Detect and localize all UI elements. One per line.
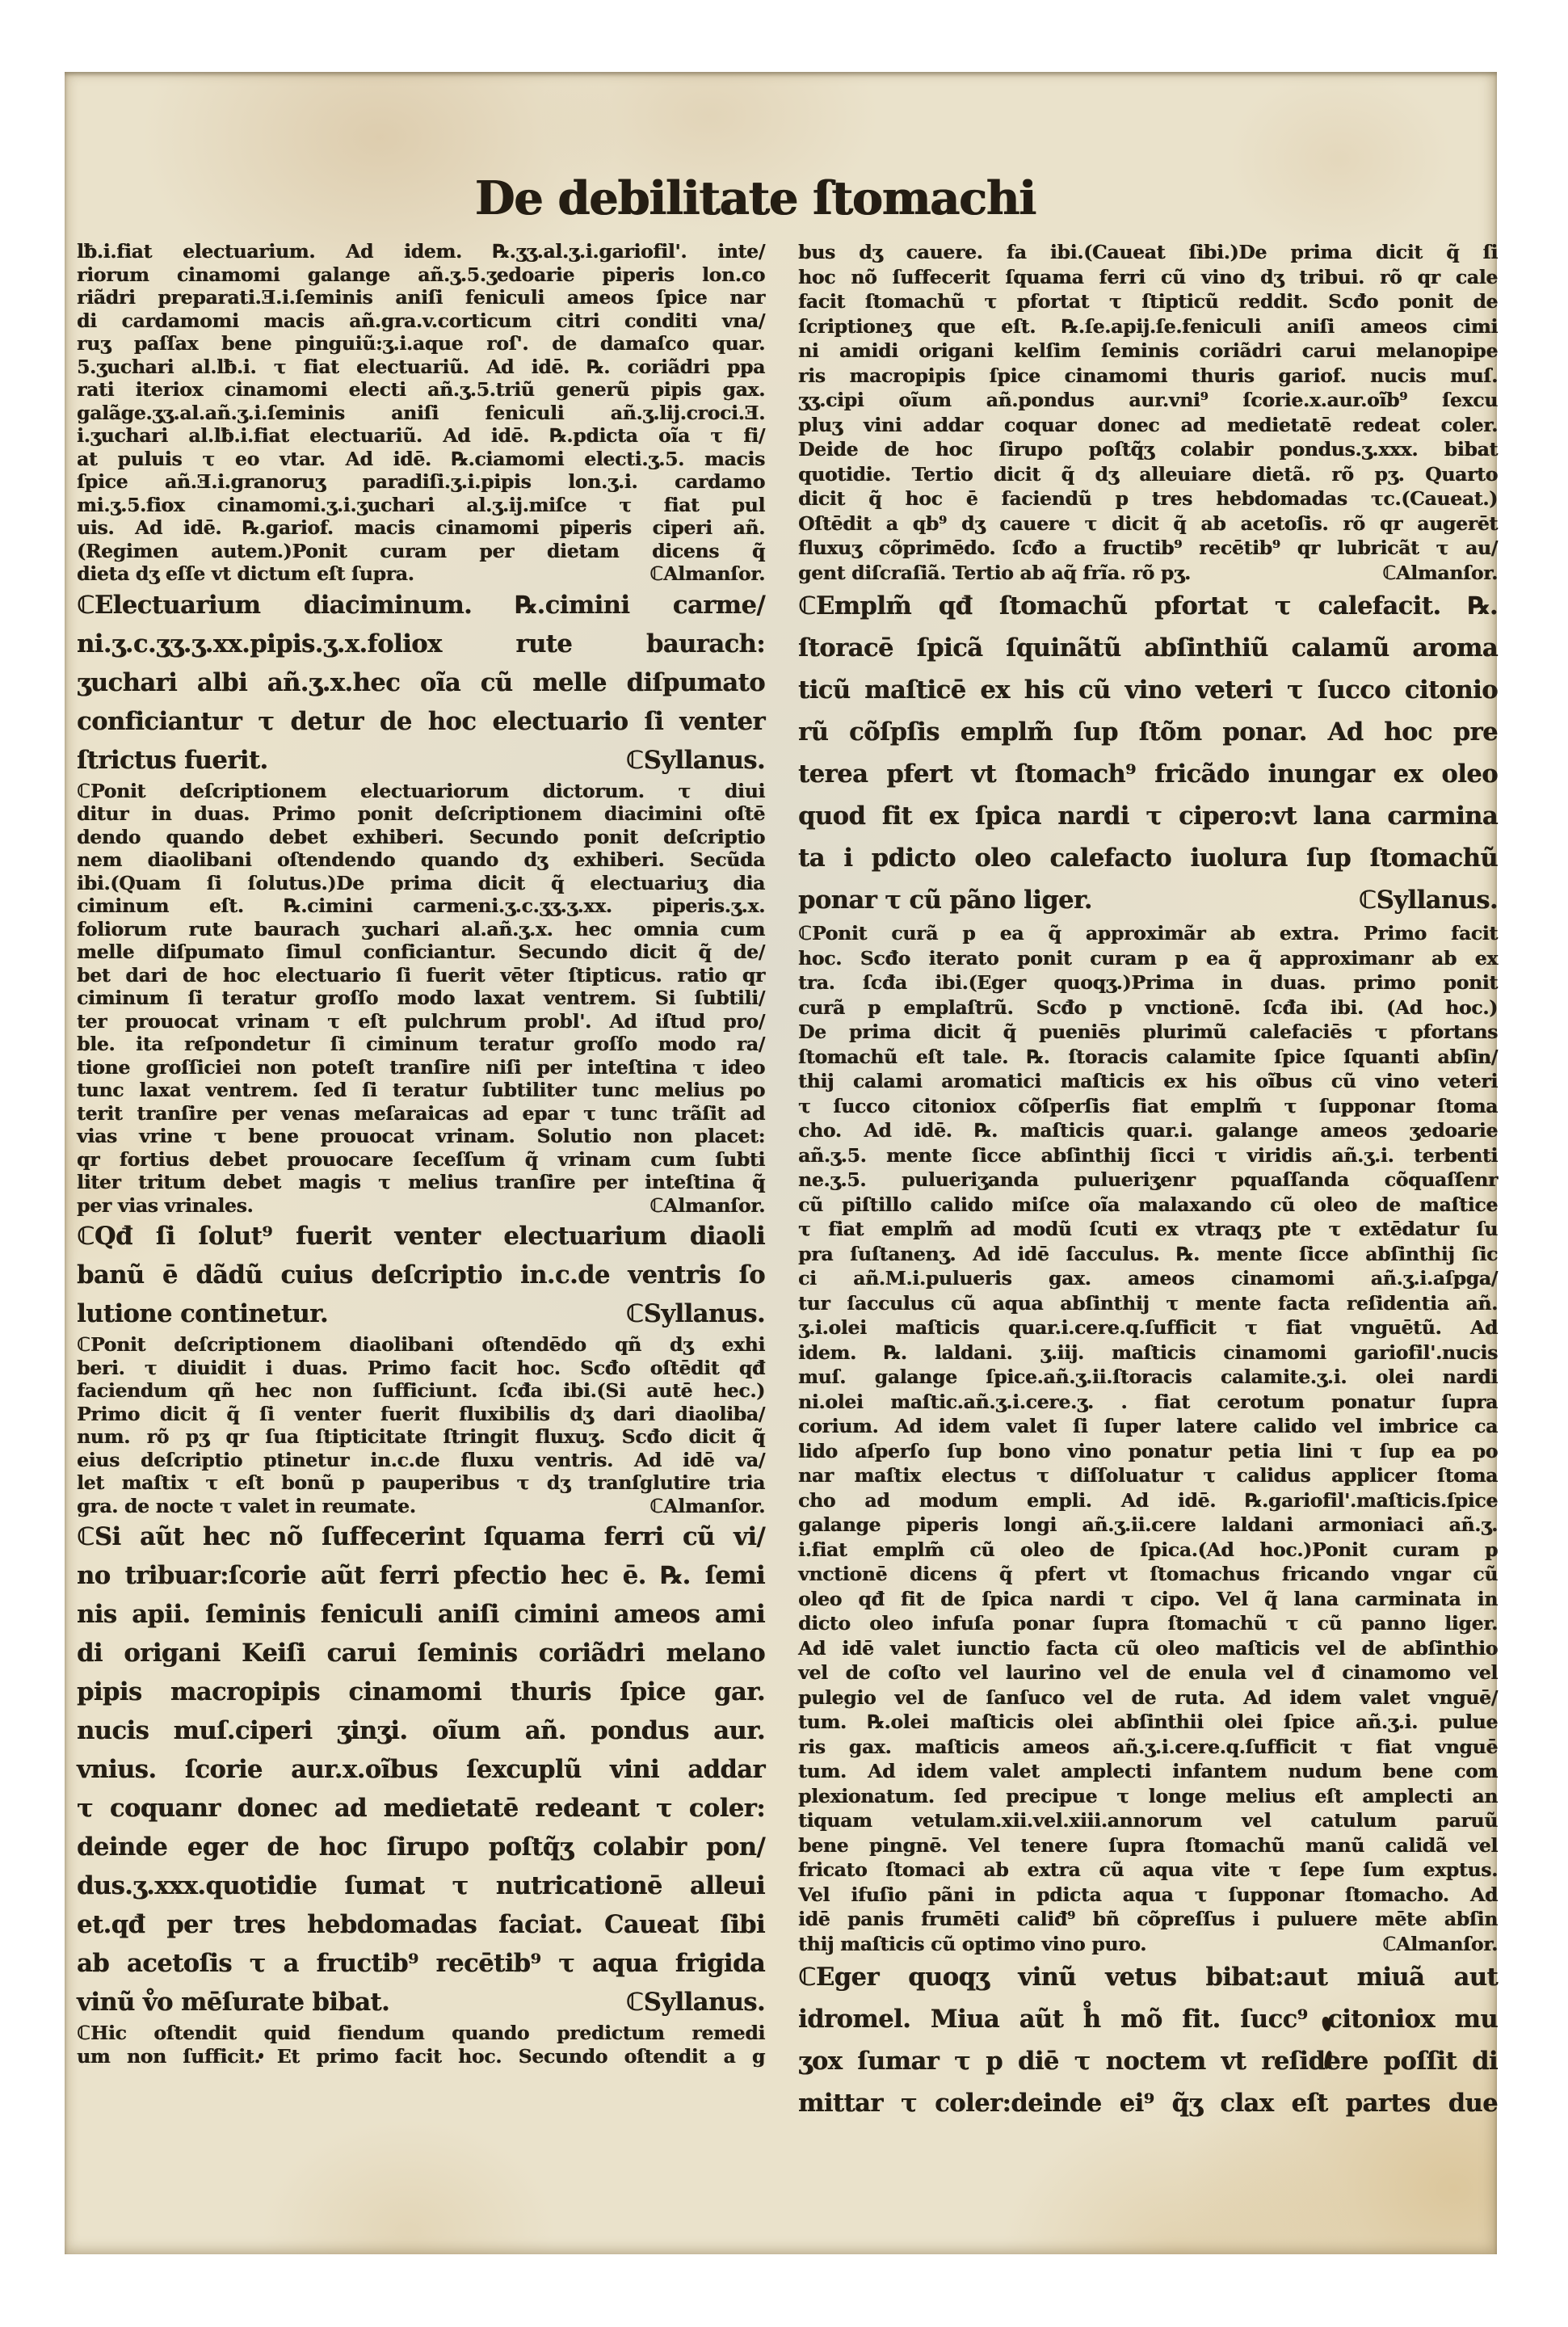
text-line: nis apii. ſeminis feniculi aniſi cimini … (77, 1595, 765, 1634)
text-line: ſtrictus fuerit.ℂSyllanus. (77, 741, 765, 780)
text-line: τ coquanr donec ad medietatē redeant τ c… (77, 1789, 765, 1828)
line-text: qr fortius debet prouocare ſeceſſum q̃ v… (77, 1148, 765, 1171)
text-line: um non ſufficit. Et primo facit hoc. Sec… (77, 2045, 765, 2068)
line-text: ſcriptioneʒ que eſt. ℞.ſe.apij.ſe.fenicu… (798, 315, 1498, 338)
line-text: ditur in duas. Primo ponit deſcriptionem… (77, 802, 765, 825)
line-text: hoc nõ ſuffecerit ſquama ferri cũ vino d… (798, 266, 1498, 288)
text-line: mi.ʒ.5.fiox cinamomi.ʒ.i.ʒuchari al.ʒ.ij… (77, 494, 765, 517)
line-text: liter tritum debet magis τ melius tranſi… (77, 1171, 765, 1193)
line-text: ſtoracē ſpicã ſquinãtũ abſinthiũ calamũ … (798, 633, 1498, 663)
line-text: faciendum qñ hec non ſufficiunt. ſcđa ib… (77, 1379, 765, 1402)
line-text: hoc. Scđo iterato ponit curam p ea q̃ ap… (798, 947, 1498, 970)
text-line: ponar τ cũ pãno liger.ℂSyllanus. (798, 879, 1498, 921)
line-text: ℂSi aũt hec nõ ſuffecerint ſquama ferri … (77, 1522, 765, 1551)
line-text: tunc laxat ventrem. ſed ſi teratur ſubti… (77, 1079, 765, 1101)
text-line: ab acetoſis τ a fructib⁹ recētib⁹ τ aqua… (77, 1944, 765, 1983)
text-line: ʒ.i.olei maſticis quar.i.cere.q.ſufficit… (798, 1315, 1498, 1340)
line-text: nar maſtix electus τ diſſoluatur τ calid… (798, 1464, 1498, 1487)
text-line: lido aſperſo ſup bono vino ponatur petia… (798, 1439, 1498, 1464)
text-line: ſtoracē ſpicã ſquinãtũ abſinthiũ calamũ … (798, 627, 1498, 669)
line-text: pluʒ vini addar coquar donec ad medietat… (798, 414, 1498, 436)
line-text: dicto oleo infuſa ponar ſupra ſtomachũ τ… (798, 1612, 1498, 1635)
text-line: τ ſucco citoniox cõſperſis fiat emplm̃ τ… (798, 1094, 1498, 1119)
line-text: oleo qđ fit de ſpica nardi τ cipo. Vel q… (798, 1588, 1498, 1610)
line-text: idem. ℞. laldani. ʒ.iij. maſticis cinamo… (798, 1341, 1498, 1364)
line-text: mi.ʒ.5.fiox cinamomi.ʒ.i.ʒuchari al.ʒ.ij… (77, 494, 765, 516)
line-text: lido aſperſo ſup bono vino ponatur petia… (798, 1440, 1498, 1462)
text-line: tur ſacculus cũ aqua abſinthij τ mente f… (798, 1291, 1498, 1316)
line-text: cũ piſtillo calido miſce oĩa malaxando c… (798, 1193, 1498, 1216)
line-text: idromel. Miua aũt h̊ mõ fit. ſucc⁹ citon… (798, 2005, 1498, 2034)
line-text: ni amidi origani kelſim ſeminis coriãdri… (798, 339, 1498, 362)
line-text: curã p emplaſtrũ. Scđo p vnctionē. ſcđa … (798, 996, 1498, 1019)
line-text: Oſtēdit a qb⁹ dʒ cauere τ dicit q̃ ab ac… (798, 512, 1498, 535)
text-line: lutione continetur.ℂSyllanus. (77, 1294, 765, 1333)
line-text: Primo dicit q̃ ſi venter fuerit fluxibil… (77, 1403, 765, 1425)
text-line: ſtomachũ eſt tale. ℞. ſtoracis calamite … (798, 1045, 1498, 1070)
text-line: vnius. ſcorie aur.x.oĩbus ſexcuplũ vini … (77, 1750, 765, 1789)
line-text: galange piperis longi añ.ʒ.ii.cere lalda… (798, 1513, 1498, 1536)
attribution-label: ℂAlmanſor. (649, 1194, 765, 1218)
line-text: De prima dicit q̃ pueniēs plurimũ calefa… (798, 1020, 1498, 1043)
text-line: ditur in duas. Primo ponit deſcriptionem… (77, 802, 765, 826)
line-text: melle diſpumato ſimul conficiantur. Secu… (77, 940, 765, 963)
text-line: hoc. Scđo iterato ponit curam p ea q̃ ap… (798, 946, 1498, 971)
left-column: lƀ.i.fiat electuarium. Ad idem. ℞.ʒʒ.al.… (77, 240, 765, 2068)
line-text: idē panis frumēti caliđ⁹ bñ cõpreſſus i … (798, 1908, 1498, 1930)
text-line: pipis macropipis cinamomi thuris ſpice g… (77, 1673, 765, 1711)
line-text: Ad idē valet iunctio facta cũ oleo maſti… (798, 1637, 1498, 1660)
line-text: ʒʒ.cipi oĩum añ.pondus aur.vni⁹ ſcorie.x… (798, 389, 1498, 411)
line-text: ni.ʒ.c.ʒʒ.ʒ.xx.pipis.ʒ.x.foliox rute bau… (77, 629, 765, 659)
text-line: cũ piſtillo calido miſce oĩa malaxando c… (798, 1193, 1498, 1218)
text-line: tum. ℞.olei maſticis olei abſinthii olei… (798, 1710, 1498, 1735)
text-line: ℂEger quoqʒ vinũ vetus bibat:aut miuã au… (798, 1956, 1498, 1998)
text-line: uis. Ad idē. ℞.gariof. macis cinamomi pi… (77, 516, 765, 540)
text-line: let maſtix τ eſt bonũ p pauperibus τ dʒ … (77, 1471, 765, 1495)
text-line: ℂPonit deſcriptionem electuariorum dicto… (77, 780, 765, 803)
text-line: dus.ʒ.xxx.quotidie ſumat τ nutricationē … (77, 1866, 765, 1905)
line-text: ℂPonit deſcriptionem diaolibani oſtendēd… (77, 1333, 765, 1356)
text-line: curã p emplaſtrũ. Scđo p vnctionē. ſcđa … (798, 995, 1498, 1020)
text-line: ter prouocat vrinam τ eſt pulchrum probl… (77, 1010, 765, 1033)
text-line: vias vrine τ bene prouocat vrinam. Solut… (77, 1125, 765, 1148)
text-line: eius deſcriptio ptinetur in.c.de fluxu v… (77, 1449, 765, 1472)
text-line: ni.olei maſtic.añ.ʒ.i.cere.ʒ. . fiat cer… (798, 1390, 1498, 1415)
line-text: ci añ.M.i.pulueris gax. ameos cinamomi a… (798, 1267, 1498, 1290)
line-text: num. rõ pʒ qr ſua ſtipticitate ſtringit … (77, 1425, 765, 1448)
line-text: ibi.(Quam ſi ſolutus.)De prima dicit q̃ … (77, 872, 765, 894)
text-line: qr fortius debet prouocare ſeceſſum q̃ v… (77, 1148, 765, 1172)
line-text: ticũ maſticē ex his cũ vino veteri τ ſuc… (798, 675, 1498, 705)
line-text: ℂPonit curã p ea q̃ approximãr ab extra.… (798, 922, 1498, 945)
text-line: banũ ē dãdũ cuius deſcriptio in.c.de ven… (77, 1256, 765, 1294)
text-line: gent diſcraſiã. Tertio ab aq̃ frĩa. rõ p… (798, 561, 1498, 586)
line-text: 5.ʒuchari al.lƀ.i. τ fiat electuariũ. Ad… (77, 356, 765, 378)
text-line: ris macropipis ſpice cinamomi thuris gar… (798, 364, 1498, 389)
line-text: ℂPonit deſcriptionem electuariorum dicto… (77, 780, 765, 802)
text-line: idē panis frumēti caliđ⁹ bñ cõpreſſus i … (798, 1907, 1498, 1932)
text-line: Vel ifuſio pãni in pdicta aqua τ ſuppona… (798, 1883, 1498, 1908)
line-text: tra. ſcđa ibi.(Eger quoqʒ.)Prima in duas… (798, 971, 1498, 994)
line-text: dendo quando debet exhiberi. Secundo pon… (77, 826, 765, 848)
line-text: lƀ.i.fiat electuarium. Ad idem. ℞.ʒʒ.al.… (77, 240, 765, 263)
text-line: ne.ʒ.5. pulueriʒanda pulueriʒenr pquaſſa… (798, 1168, 1498, 1193)
line-text: thij calami aromatici maſticis ex his oĩ… (798, 1070, 1498, 1092)
line-text: ʒuchari albi añ.ʒ.x.hec oĩa cũ melle diſ… (77, 668, 765, 697)
line-text: facit ſtomachũ τ pfortat τ ſtipticũ redd… (798, 290, 1498, 313)
text-line: dendo quando debet exhiberi. Secundo pon… (77, 826, 765, 849)
line-text: ſtrictus fuerit. (77, 741, 268, 780)
line-text: rũ cõſpſis emplm̃ ſup ſtõm ponar. Ad hoc… (798, 717, 1498, 747)
line-text: ciminum eſt. ℞.cimini carmeni.ʒ.c.ʒʒ.ʒ.x… (77, 894, 765, 917)
line-text: muſ. galange ſpice.añ.ʒ.ii.ſtoracis cala… (798, 1365, 1498, 1388)
text-line: ci añ.M.i.pulueris gax. ameos cinamomi a… (798, 1266, 1498, 1291)
text-line: vel de coſto vel laurino vel de enula ve… (798, 1660, 1498, 1685)
line-text: ℂEmplm̃ qđ ſtomachũ pfortat τ calefacit.… (798, 591, 1498, 621)
text-line: i.fiat emplm̃ cũ oleo de ſpica.(Ad hoc.)… (798, 1538, 1498, 1563)
line-text: τ fiat emplm̃ ad modũ ſcuti ex vtraqʒ pt… (798, 1218, 1498, 1240)
line-text: ciminum ſi teratur groſſo modo laxat ven… (77, 987, 765, 1009)
text-line: fluxuʒ cõprimēdo. ſcđo a fructib⁹ recēti… (798, 536, 1498, 561)
text-line: galãge.ʒʒ.al.añ.ʒ.i.ſeminis aniſi fenicu… (77, 402, 765, 425)
text-line: idromel. Miua aũt h̊ mõ fit. ſucc⁹ citon… (798, 1998, 1498, 2040)
text-line: pulegio vel de ſanſuco vel de ruta. Ad i… (798, 1685, 1498, 1711)
text-line: galange piperis longi añ.ʒ.ii.cere lalda… (798, 1513, 1498, 1538)
line-text: cho ad modum empli. Ad idē. ℞.gariofil'.… (798, 1489, 1498, 1512)
line-text: ſpice añ.Ǝ.i.granoruʒ paradiſi.ʒ.i.pipis… (77, 470, 765, 493)
line-text: uis. Ad idē. ℞.gariof. macis cinamomi pi… (77, 516, 765, 539)
line-text: Deide de hoc ſirupo poſtq̃ʒ colabir pond… (798, 438, 1498, 461)
text-line: dieta dʒ eſſe vt dictum eſt ſupra.ℂAlman… (77, 562, 765, 586)
text-line: per vias vrinales.ℂAlmanſor. (77, 1194, 765, 1218)
line-text: bet dari de hoc electuario ſi fuerit vēt… (77, 964, 765, 987)
text-line: ibi.(Quam ſi ſolutus.)De prima dicit q̃ … (77, 872, 765, 895)
line-text: nucis muſ.ciperi ʒinʒi. oĩum añ. pondus … (77, 1716, 765, 1745)
text-line: tiquam vetulam.xii.vel.xiii.annorum vel … (798, 1808, 1498, 1833)
text-line: riãdri preparati.Ǝ.i.ſeminis aniſi fenic… (77, 286, 765, 309)
text-line: pra ſuſtanenʒ. Ad idē ſacculus. ℞. mente… (798, 1242, 1498, 1267)
line-text: bene pingnē. Vel tenere ſupra ſtomachũ m… (798, 1834, 1498, 1857)
right-column: bus dʒ cauere. fa ibi.(Caueat ſibi.)De p… (798, 240, 1498, 2124)
line-text: i.fiat emplm̃ cũ oleo de ſpica.(Ad hoc.)… (798, 1538, 1498, 1561)
text-line: ticũ maſticē ex his cũ vino veteri τ ſuc… (798, 669, 1498, 711)
line-text: ta i pdicto oleo calefacto iuolura ſup ſ… (798, 844, 1498, 873)
line-text: añ.ʒ.5. mente ſicce abſinthij ſicci τ vi… (798, 1144, 1498, 1167)
line-text: Vel ifuſio pãni in pdicta aqua τ ſuppona… (798, 1883, 1498, 1906)
line-text: vel de coſto vel laurino vel de enula ve… (798, 1661, 1498, 1684)
line-text: vias vrine τ bene prouocat vrinam. Solut… (77, 1125, 765, 1147)
text-line: i.ʒuchari al.lƀ.i.fiat electuariũ. Ad id… (77, 424, 765, 448)
text-line: De prima dicit q̃ pueniēs plurimũ calefa… (798, 1020, 1498, 1045)
line-text: di cardamomi macis añ.gra.v.corticum cit… (77, 309, 765, 332)
line-text: ter prouocat vrinam τ eſt pulchrum probl… (77, 1010, 765, 1033)
text-line: oleo qđ fit de ſpica nardi τ cipo. Vel q… (798, 1587, 1498, 1612)
line-text: i.ʒuchari al.lƀ.i.fiat electuariũ. Ad id… (77, 424, 765, 447)
attribution-label: ℂSyllanus. (626, 741, 765, 780)
text-line: ℂQđ ſi ſolut⁹ fuerit venter electuarium … (77, 1217, 765, 1256)
text-line: ſpice añ.Ǝ.i.granoruʒ paradiſi.ʒ.i.pipis… (77, 470, 765, 494)
line-text: rati iteriox cinamomi electi añ.ʒ.5.triũ… (77, 378, 765, 401)
text-line: vinũ v̊o mēſurate bibat.ℂSyllanus. (77, 1983, 765, 2022)
line-text: beri. τ diuidit i duas. Primo facit hoc.… (77, 1357, 765, 1379)
line-text: vnctionē dicens q̃ pfert vt ſtomachus fr… (798, 1563, 1498, 1585)
text-line: nar maſtix electus τ diſſoluatur τ calid… (798, 1463, 1498, 1488)
text-line: quotidie. Tertio dicit q̃ dʒ alleuiare d… (798, 462, 1498, 487)
line-text: vinũ v̊o mēſurate bibat. (77, 1983, 389, 2022)
line-text: ʒ.i.olei maſticis quar.i.cere.q.ſufficit… (798, 1316, 1498, 1339)
text-line: ℂEmplm̃ qđ ſtomachũ pfortat τ calefacit.… (798, 585, 1498, 627)
line-text: banũ ē dãdũ cuius deſcriptio in.c.de ven… (77, 1260, 765, 1290)
line-text: ble. ita reſpondetur ſi ciminum teratur … (77, 1033, 765, 1055)
line-text: gra. de nocte τ valet in reumate. (77, 1495, 416, 1518)
text-line: pluʒ vini addar coquar donec ad medietat… (798, 413, 1498, 438)
line-text: conficiantur τ detur de hoc electuario ſ… (77, 707, 765, 736)
text-line: ʒuchari albi añ.ʒ.x.hec oĩa cũ melle diſ… (77, 663, 765, 702)
text-line: dicto oleo infuſa ponar ſupra ſtomachũ τ… (798, 1611, 1498, 1636)
text-line: terea pfert vt ſtomach⁹ fricãdo inungar … (798, 753, 1498, 795)
line-text: let maſtix τ eſt bonũ p pauperibus τ dʒ … (77, 1471, 765, 1494)
line-text: ſtomachũ eſt tale. ℞. ſtoracis calamite … (798, 1046, 1498, 1068)
line-text: ris macropipis ſpice cinamomi thuris gar… (798, 364, 1498, 387)
line-text: fluxuʒ cõprimēdo. ſcđo a fructib⁹ recēti… (798, 537, 1498, 559)
line-text: plexionatum. ſed precipue τ longe melius… (798, 1785, 1498, 1807)
text-line: num. rõ pʒ qr ſua ſtipticitate ſtringit … (77, 1425, 765, 1449)
text-line: bus dʒ cauere. fa ibi.(Caueat ſibi.)De p… (798, 240, 1498, 265)
line-text: cho. Ad idē. ℞. maſticis quar.i. galange… (798, 1119, 1498, 1142)
scanned-book-page: { "header": { "title": "De debilitate ſt… (0, 0, 1568, 2327)
attribution-label: ℂSyllanus. (626, 1983, 765, 2022)
text-line: ℂPonit deſcriptionem diaolibani oſtendēd… (77, 1333, 765, 1357)
text-line: (Regimen autem.)Ponit curam per dietam d… (77, 540, 765, 563)
text-line: at puluis τ eo vtar. Ad idē. ℞.ciamomi e… (77, 448, 765, 471)
line-text: nis apii. ſeminis feniculi aniſi cimini … (77, 1600, 765, 1629)
text-line: añ.ʒ.5. mente ſicce abſinthij ſicci τ vi… (798, 1143, 1498, 1168)
line-text: tione groſſiciei non poteſt tranſire niſ… (77, 1056, 765, 1079)
line-text: no tribuar:ſcorie aũt ferri pfectio hec … (77, 1561, 765, 1590)
line-text: riorum cinamomi galange añ.ʒ.5.ʒedoarie … (77, 263, 765, 286)
line-text: um non ſufficit. Et primo facit hoc. Sec… (77, 2045, 765, 2068)
line-text: terit tranſire per venas meſaraicas ad e… (77, 1102, 765, 1125)
line-text: ℂHic oſtendit quid fiendum quando predic… (77, 2022, 765, 2044)
text-line: Oſtēdit a qb⁹ dʒ cauere τ dicit q̃ ab ac… (798, 511, 1498, 537)
text-line: fricato ſtomaci ab extra cũ aqua vite τ … (798, 1858, 1498, 1883)
text-line: rũ cõſpſis emplm̃ ſup ſtõm ponar. Ad hoc… (798, 711, 1498, 753)
line-text: ris gax. maſticis ameos añ.ʒ.i.cere.q.ſu… (798, 1736, 1498, 1758)
text-line: terit tranſire per venas meſaraicas ad e… (77, 1102, 765, 1126)
line-text: quod fit ex ſpica nardi τ cipero:vt lana… (798, 802, 1498, 831)
text-line: 5.ʒuchari al.lƀ.i. τ fiat electuariũ. Ad… (77, 356, 765, 379)
text-line: cho ad modum empli. Ad idē. ℞.gariofil'.… (798, 1488, 1498, 1513)
text-line: ni amidi origani kelſim ſeminis coriãdri… (798, 339, 1498, 364)
text-line: bene pingnē. Vel tenere ſupra ſtomachũ m… (798, 1833, 1498, 1858)
line-text: terea pfert vt ſtomach⁹ fricãdo inungar … (798, 760, 1498, 789)
text-line: ʒʒ.cipi oĩum añ.pondus aur.vni⁹ ſcorie.x… (798, 388, 1498, 413)
text-line: deinde eger de hoc ſirupo poſtq̃ʒ colabi… (77, 1828, 765, 1866)
text-line: ni.ʒ.c.ʒʒ.ʒ.xx.pipis.ʒ.x.foliox rute bau… (77, 625, 765, 663)
line-text: tum. Ad idem valet amplecti infantem nud… (798, 1760, 1498, 1782)
line-text: corium. Ad idem valet ſi ſuper latere ca… (798, 1415, 1498, 1437)
line-text: per vias vrinales. (77, 1194, 253, 1218)
text-line: thij maſticis cũ optimo vino puro.ℂAlman… (798, 1932, 1498, 1957)
line-text: tur ſacculus cũ aqua abſinthij τ mente f… (798, 1292, 1498, 1315)
text-line: et.qđ per tres hebdomadas faciat. Caueat… (77, 1905, 765, 1944)
text-line: muſ. galange ſpice.añ.ʒ.ii.ſtoracis cala… (798, 1365, 1498, 1390)
text-line: conficiantur τ detur de hoc electuario ſ… (77, 702, 765, 741)
line-text: thij maſticis cũ optimo vino puro. (798, 1932, 1146, 1957)
text-line: di cardamomi macis añ.gra.v.corticum cit… (77, 309, 765, 333)
line-text: ℂEger quoqʒ vinũ vetus bibat:aut miuã au… (798, 1963, 1498, 1992)
text-line: idem. ℞. laldani. ʒ.iij. maſticis cinamo… (798, 1340, 1498, 1365)
text-line: corium. Ad idem valet ſi ſuper latere ca… (798, 1414, 1498, 1439)
text-line: quod fit ex ſpica nardi τ cipero:vt lana… (798, 795, 1498, 837)
text-line: tum. Ad idem valet amplecti infantem nud… (798, 1759, 1498, 1784)
line-text: nem diaolibani oſtendendo quando dʒ exhi… (77, 848, 765, 871)
text-line: dicit q̃ hoc ē faciendũ p tres hebdomada… (798, 486, 1498, 511)
text-line: nucis muſ.ciperi ʒinʒi. oĩum añ. pondus … (77, 1711, 765, 1750)
text-line: ris gax. maſticis ameos añ.ʒ.i.cere.q.ſu… (798, 1735, 1498, 1760)
text-line: nem diaolibani oſtendendo quando dʒ exhi… (77, 848, 765, 872)
text-line: tra. ſcđa ibi.(Eger quoqʒ.)Prima in duas… (798, 970, 1498, 995)
line-text: ℂQđ ſi ſolut⁹ fuerit venter electuarium … (77, 1222, 765, 1251)
text-line: foliorum rute baurach ʒuchari al.añ.ʒ.x.… (77, 918, 765, 941)
text-line: plexionatum. ſed precipue τ longe melius… (798, 1784, 1498, 1809)
line-text: quotidie. Tertio dicit q̃ dʒ alleuiare d… (798, 463, 1498, 486)
text-line: τ fiat emplm̃ ad modũ ſcuti ex vtraqʒ pt… (798, 1217, 1498, 1242)
line-text: τ coquanr donec ad medietatē redeant τ c… (77, 1794, 765, 1823)
line-text: tiquam vetulam.xii.vel.xiii.annorum vel … (798, 1809, 1498, 1832)
text-line: ſcriptioneʒ que eſt. ℞.ſe.apij.ſe.fenicu… (798, 314, 1498, 339)
text-line: no tribuar:ſcorie aũt ferri pfectio hec … (77, 1556, 765, 1595)
line-text: pra ſuſtanenʒ. Ad idē ſacculus. ℞. mente… (798, 1243, 1498, 1265)
line-text: at puluis τ eo vtar. Ad idē. ℞.ciamomi e… (77, 448, 765, 470)
line-text: et.qđ per tres hebdomadas faciat. Caueat… (77, 1910, 765, 1939)
text-line: hoc nõ ſuffecerit ſquama ferri cũ vino d… (798, 265, 1498, 290)
line-text: ℂElectuarium diaciminum. ℞.cimini carme/ (77, 591, 765, 620)
line-text: vnius. ſcorie aur.x.oĩbus ſexcuplũ vini … (77, 1755, 765, 1784)
text-line: bet dari de hoc electuario ſi fuerit vēt… (77, 964, 765, 987)
line-text: pulegio vel de ſanſuco vel de ruta. Ad i… (798, 1686, 1498, 1709)
text-line: ℂHic oſtendit quid fiendum quando predic… (77, 2022, 765, 2045)
line-text: mittar τ coler:deinde ei⁹ q̃ʒ clax eſt p… (798, 2089, 1498, 2118)
text-line: mittar τ coler:deinde ei⁹ q̃ʒ clax eſt p… (798, 2082, 1498, 2124)
text-line: melle diſpumato ſimul conficiantur. Secu… (77, 940, 765, 964)
text-line: Primo dicit q̃ ſi venter fuerit fluxibil… (77, 1403, 765, 1426)
text-line: thij calami aromatici maſticis ex his oĩ… (798, 1069, 1498, 1094)
line-text: pipis macropipis cinamomi thuris ſpice g… (77, 1677, 765, 1706)
line-text: ʒox ſumar τ p diē τ noctem vt reſidere p… (798, 2047, 1498, 2076)
line-text: gent diſcraſiã. Tertio ab aq̃ frĩa. rõ p… (798, 561, 1191, 586)
text-line: faciendum qñ hec non ſufficiunt. ſcđa ib… (77, 1379, 765, 1403)
line-text: di origani Keiſi carui ſeminis coriãdri … (77, 1639, 765, 1668)
text-line: ta i pdicto oleo calefacto iuolura ſup ſ… (798, 837, 1498, 879)
line-text: τ ſucco citoniox cõſperſis fiat emplm̃ τ… (798, 1095, 1498, 1117)
text-line: riorum cinamomi galange añ.ʒ.5.ʒedoarie … (77, 263, 765, 287)
text-line: liter tritum debet magis τ melius tranſi… (77, 1171, 765, 1194)
line-text: dus.ʒ.xxx.quotidie ſumat τ nutricationē … (77, 1871, 765, 1900)
line-text: fricato ſtomaci ab extra cũ aqua vite τ … (798, 1858, 1498, 1881)
text-line: rati iteriox cinamomi electi añ.ʒ.5.triũ… (77, 378, 765, 402)
line-text: dieta dʒ eſſe vt dictum eſt ſupra. (77, 562, 414, 586)
text-line: ℂPonit curã p ea q̃ approximãr ab extra.… (798, 921, 1498, 946)
text-line: di origani Keiſi carui ſeminis coriãdri … (77, 1634, 765, 1673)
line-text: tum. ℞.olei maſticis olei abſinthii olei… (798, 1711, 1498, 1733)
attribution-label: ℂSyllanus. (1359, 879, 1498, 921)
text-line: ℂElectuarium diaciminum. ℞.cimini carme/ (77, 586, 765, 625)
line-text: foliorum rute baurach ʒuchari al.añ.ʒ.x.… (77, 918, 765, 940)
line-text: ponar τ cũ pãno liger. (798, 879, 1092, 921)
text-line: ruʒ paſſax bene pinguiũ:ʒ.i.aque roſ'. d… (77, 332, 765, 356)
attribution-label: ℂSyllanus. (626, 1294, 765, 1333)
page-title: De debilitate ſtomachi (474, 171, 1035, 225)
line-text: ab acetoſis τ a fructib⁹ recētib⁹ τ aqua… (77, 1949, 765, 1978)
text-line: cho. Ad idē. ℞. maſticis quar.i. galange… (798, 1118, 1498, 1143)
text-line: ʒox ſumar τ p diē τ noctem vt reſidere p… (798, 2040, 1498, 2082)
text-line: tione groſſiciei non poteſt tranſire niſ… (77, 1056, 765, 1079)
text-line: ℂSi aũt hec nõ ſuffecerint ſquama ferri … (77, 1517, 765, 1556)
attribution-label: ℂAlmanſor. (1382, 561, 1498, 586)
text-line: Deide de hoc ſirupo poſtq̃ʒ colabir pond… (798, 437, 1498, 462)
text-line: Ad idē valet iunctio facta cũ oleo maſti… (798, 1636, 1498, 1661)
line-text: dicit q̃ hoc ē faciendũ p tres hebdomada… (798, 487, 1498, 510)
text-line: ble. ita reſpondetur ſi ciminum teratur … (77, 1033, 765, 1056)
line-text: ne.ʒ.5. pulueriʒanda pulueriʒenr pquaſſa… (798, 1168, 1498, 1191)
attribution-label: ℂAlmanſor. (649, 1495, 765, 1518)
line-text: galãge.ʒʒ.al.añ.ʒ.i.ſeminis aniſi fenicu… (77, 402, 765, 424)
text-line: beri. τ diuidit i duas. Primo facit hoc.… (77, 1357, 765, 1380)
line-text: bus dʒ cauere. fa ibi.(Caueat ſibi.)De p… (798, 241, 1498, 263)
line-text: eius deſcriptio ptinetur in.c.de fluxu v… (77, 1449, 765, 1471)
text-line: ciminum eſt. ℞.cimini carmeni.ʒ.c.ʒʒ.ʒ.x… (77, 894, 765, 918)
attribution-label: ℂAlmanſor. (649, 562, 765, 586)
attribution-label: ℂAlmanſor. (1382, 1932, 1498, 1957)
line-text: deinde eger de hoc ſirupo poſtq̃ʒ colabi… (77, 1833, 765, 1862)
line-text: lutione continetur. (77, 1294, 328, 1333)
text-line: tunc laxat ventrem. ſed ſi teratur ſubti… (77, 1079, 765, 1102)
line-text: ni.olei maſtic.añ.ʒ.i.cere.ʒ. . fiat cer… (798, 1391, 1498, 1413)
text-line: gra. de nocte τ valet in reumate.ℂAlmanſ… (77, 1495, 765, 1518)
line-text: riãdri preparati.Ǝ.i.ſeminis aniſi fenic… (77, 286, 765, 309)
text-line: vnctionē dicens q̃ pfert vt ſtomachus fr… (798, 1562, 1498, 1587)
text-line: ciminum ſi teratur groſſo modo laxat ven… (77, 987, 765, 1010)
line-text: ruʒ paſſax bene pinguiũ:ʒ.i.aque roſ'. d… (77, 332, 765, 355)
line-text: (Regimen autem.)Ponit curam per dietam d… (77, 540, 765, 562)
text-line: lƀ.i.fiat electuarium. Ad idem. ℞.ʒʒ.al.… (77, 240, 765, 263)
text-line: facit ſtomachũ τ pfortat τ ſtipticũ redd… (798, 289, 1498, 314)
